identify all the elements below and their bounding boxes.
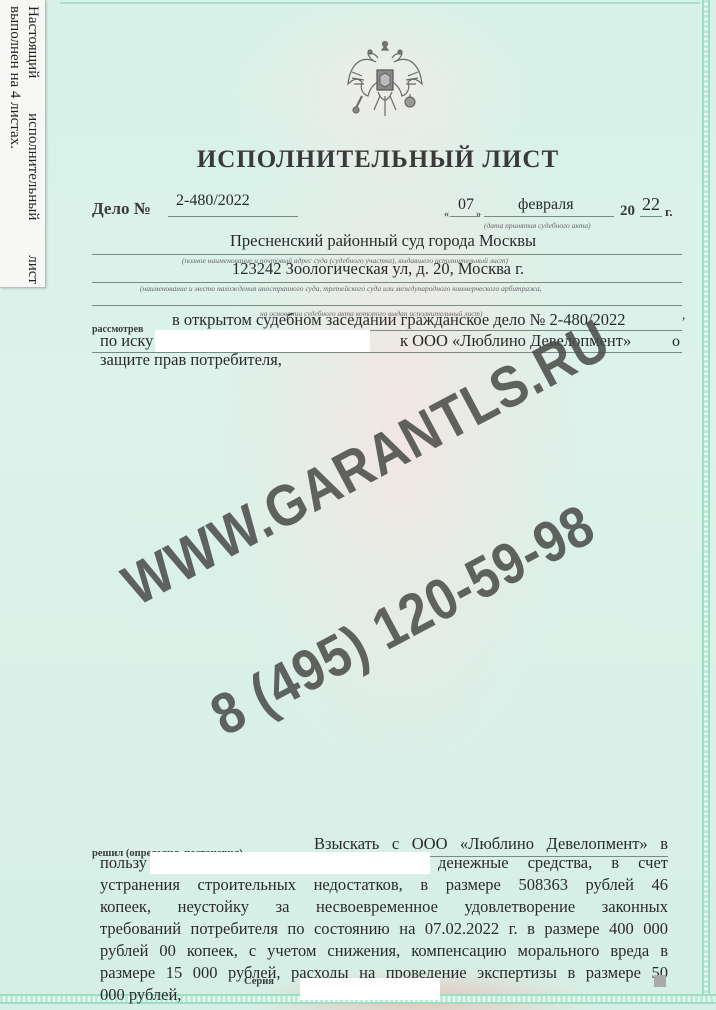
blank-rule: [92, 305, 682, 306]
date-open-quote: «: [444, 209, 449, 220]
foreign-court-hint: (наименование и место нахождения иностра…: [140, 284, 542, 293]
claim-label: по иску: [100, 331, 153, 351]
top-border: [60, 2, 700, 6]
hearing-text: в открытом судебном заседании гражданско…: [172, 310, 626, 330]
sticker-word-1: Настоящий: [24, 6, 42, 78]
redacted-beneficiary: [150, 852, 430, 874]
writ-of-execution-page: ИСПОЛНИТЕЛЬНЫЙ ЛИСТ Дело № 2-480/2022 « …: [0, 0, 716, 1010]
date-year: 22: [642, 194, 660, 215]
document-title: ИСПОЛНИТЕЛЬНЫЙ ЛИСТ: [0, 146, 716, 174]
ruling-line-4: копеек, неустойку за несвоевременное удо…: [100, 897, 668, 917]
defendant-text: к ООО «Люблино Девелопмент»: [400, 331, 631, 351]
sticker-word-3: лист: [24, 255, 42, 284]
case-number-label: Дело №: [92, 199, 151, 219]
redacted-series: [300, 978, 440, 1000]
hearing-comma: ,: [682, 307, 685, 323]
date-day: 07: [458, 196, 474, 214]
sheet-count-sticker: Настоящий исполнительный лист выполнен н…: [0, 0, 46, 288]
date-century: 20: [620, 203, 635, 220]
ruling-line-6: рублей 00 копеек, с учетом снижения, ком…: [100, 941, 668, 961]
about-word: о: [672, 333, 680, 351]
ruling-line-8: 000 рублей,: [100, 985, 181, 1005]
date-hint: (дата принятия судебного акта): [484, 221, 591, 230]
sticker-line-2: выполнен на 4 листах.: [6, 6, 24, 284]
ruling-line-5: требований потребителя по состоянию на 0…: [100, 919, 668, 939]
case-number-rule: [168, 216, 298, 217]
ruling-line-2-end: денежные средства, в счет: [438, 853, 668, 873]
coat-of-arms-icon: [340, 36, 430, 126]
court-name-rule: [92, 254, 682, 255]
date-month-rule: [484, 216, 614, 217]
date-year-rule: [640, 216, 662, 217]
date-close-quote: »: [476, 209, 481, 220]
ruling-line-3: устранения строительных недостатков, в р…: [100, 875, 668, 895]
court-address-rule: [92, 282, 682, 283]
date-month: февраля: [518, 196, 574, 214]
ruling-line-1: Взыскать с ООО «Люблино Девелопмент» в: [314, 834, 668, 854]
date-day-rule: [450, 216, 480, 217]
case-number-value: 2-480/2022: [176, 192, 250, 210]
sticker-word-2: исполнительный: [24, 113, 42, 220]
date-year-suffix: г.: [665, 204, 673, 220]
redacted-plaintiff: [155, 330, 370, 352]
court-address: 123242 Зоологическая ул, д. 20, Москва г…: [232, 259, 524, 279]
series-label: Серия: [244, 976, 274, 987]
claim-subject: защите прав потребителя,: [100, 350, 282, 370]
ruling-line-2-start: пользу: [100, 853, 147, 873]
corner-mark: [654, 975, 666, 987]
court-name: Пресненский районный суд города Москвы: [230, 231, 536, 251]
